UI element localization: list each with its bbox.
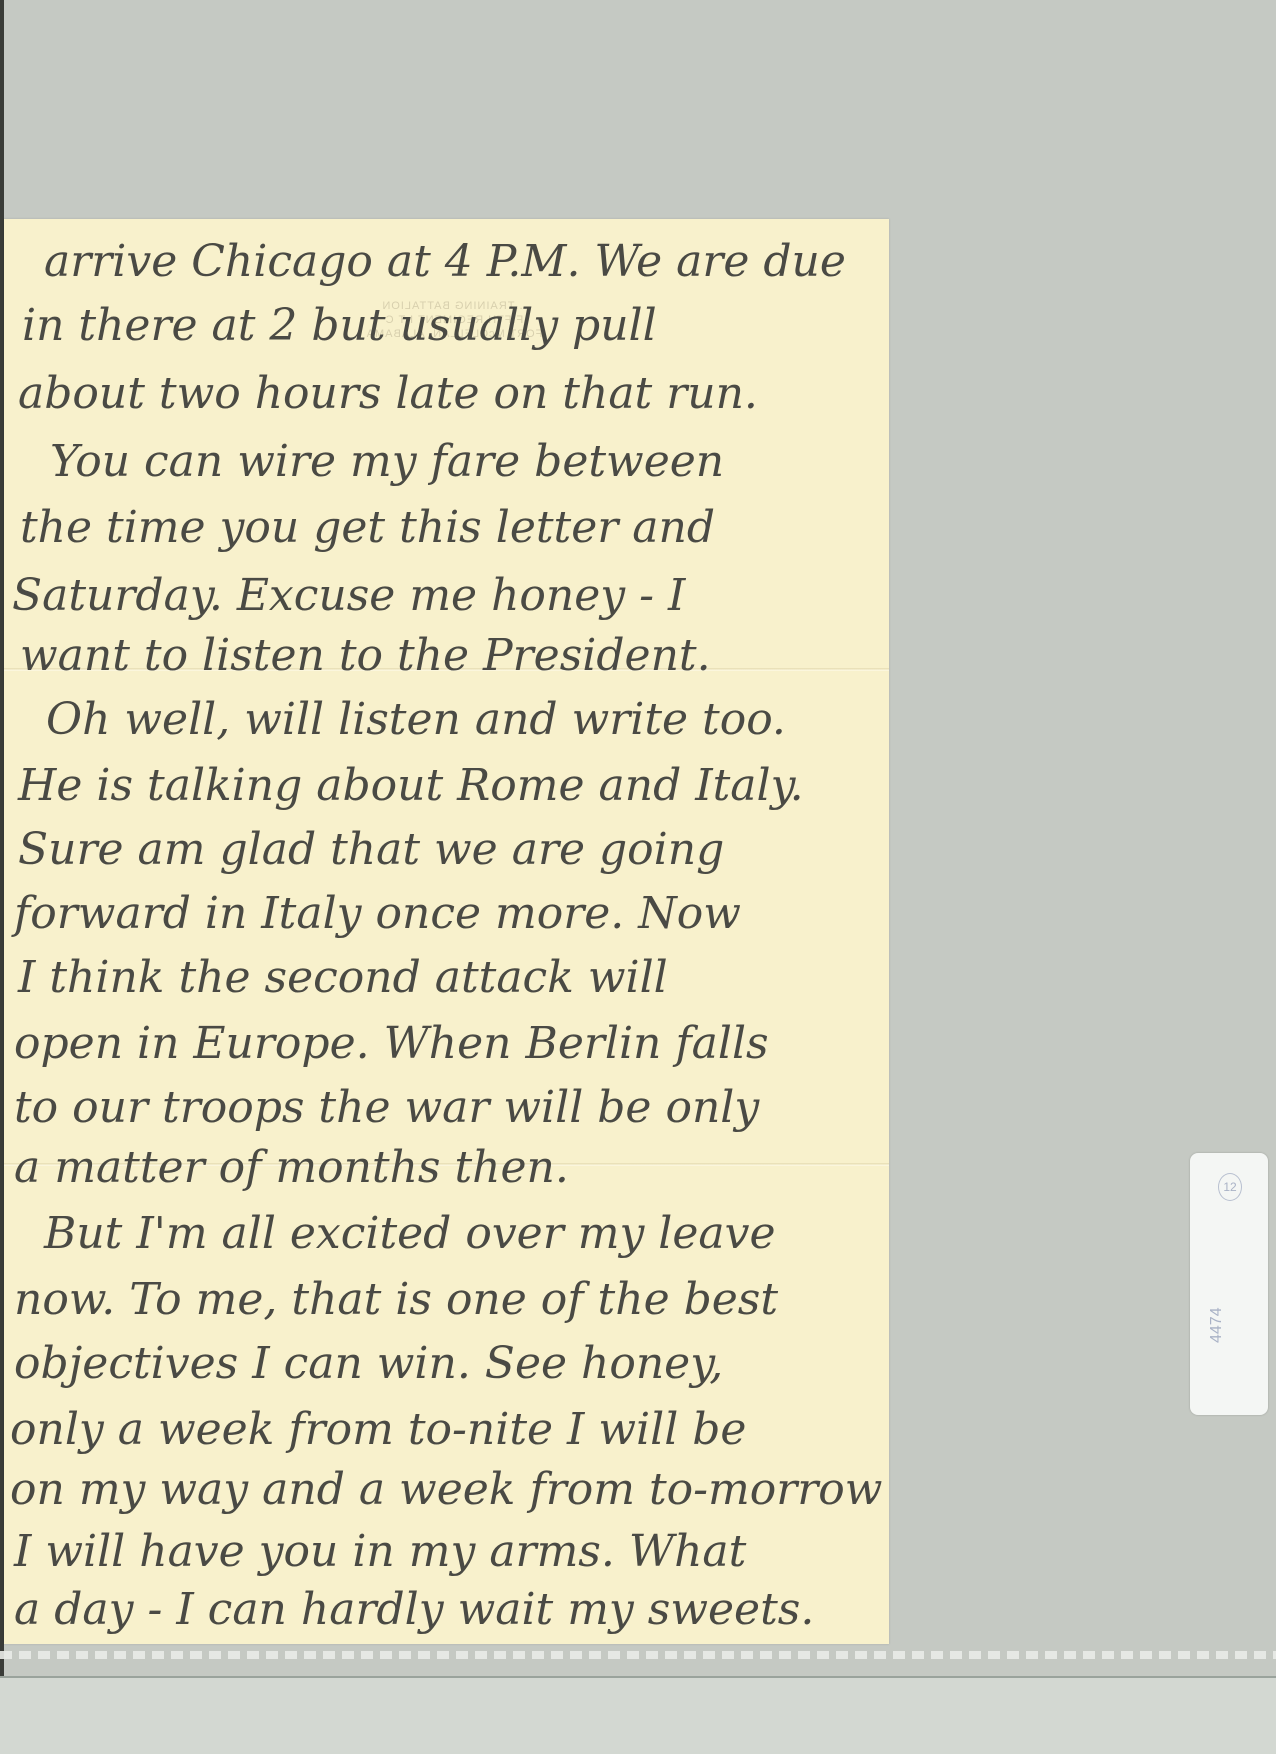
letter-line: But I'm all excited over my leave xyxy=(44,1209,776,1259)
letter-line: a day - I can hardly wait my sweets. xyxy=(14,1585,814,1635)
sleeve-perforation xyxy=(0,1651,1276,1659)
letter-line: forward in Italy once more. Now xyxy=(14,889,741,939)
letter-line: the time you get this letter and xyxy=(20,503,715,553)
letter-line: You can wire my fare between xyxy=(50,437,724,487)
letter-line: arrive Chicago at 4 P.M. We are due xyxy=(44,237,846,287)
letter-line: now. To me, that is one of the best xyxy=(14,1275,778,1325)
letter-line: to our troops the war will be only xyxy=(14,1083,759,1133)
archival-sleeve-edge xyxy=(0,1676,1276,1754)
letter-line: a matter of months then. xyxy=(14,1143,569,1193)
letter-line: only a week from to-nite I will be xyxy=(10,1405,746,1455)
letter-line: about two hours late on that run. xyxy=(18,369,758,419)
letter-line: on my way and a week from to-morrow xyxy=(10,1465,882,1515)
tag-catalog-number: 4474 xyxy=(1208,1307,1226,1343)
letter-line: Oh well, will listen and write too. xyxy=(46,695,786,745)
letter-line: He is talking about Rome and Italy. xyxy=(18,761,804,811)
letter-page: ...TRAINING BATTALION FIFTH REGIMENT I T… xyxy=(4,219,889,1644)
letter-line: want to listen to the President. xyxy=(20,631,711,681)
letter-line: I think the second attack will xyxy=(18,953,668,1003)
letter-line: Saturday. Excuse me honey - I xyxy=(12,571,685,621)
letter-line: objectives I can win. See honey, xyxy=(14,1339,723,1389)
letter-line: Sure am glad that we are going xyxy=(18,825,724,875)
tag-circled-number: 12 xyxy=(1218,1173,1242,1201)
archive-tag: 12 4474 xyxy=(1190,1153,1268,1415)
letter-line: open in Europe. When Berlin falls xyxy=(14,1019,769,1069)
letter-line: I will have you in my arms. What xyxy=(14,1527,746,1577)
letter-line: in there at 2 but usually pull xyxy=(22,301,657,351)
